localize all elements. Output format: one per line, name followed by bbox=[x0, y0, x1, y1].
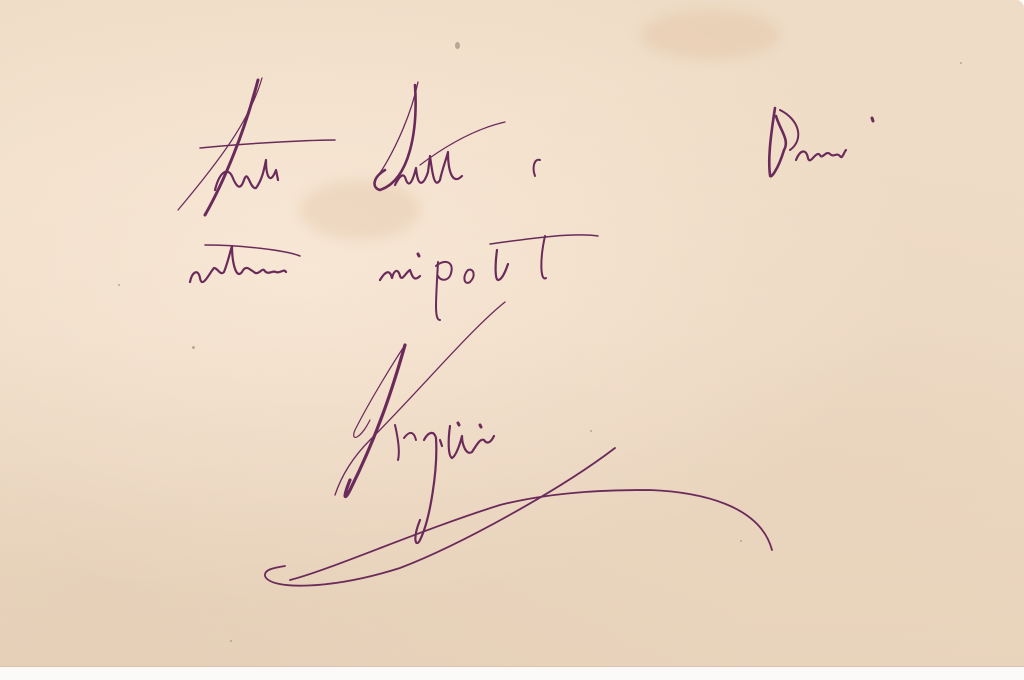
postcard: Tanti Saluti e Baci vostro nipote Virgil… bbox=[0, 0, 1024, 667]
handwriting-strokes bbox=[0, 0, 1024, 666]
